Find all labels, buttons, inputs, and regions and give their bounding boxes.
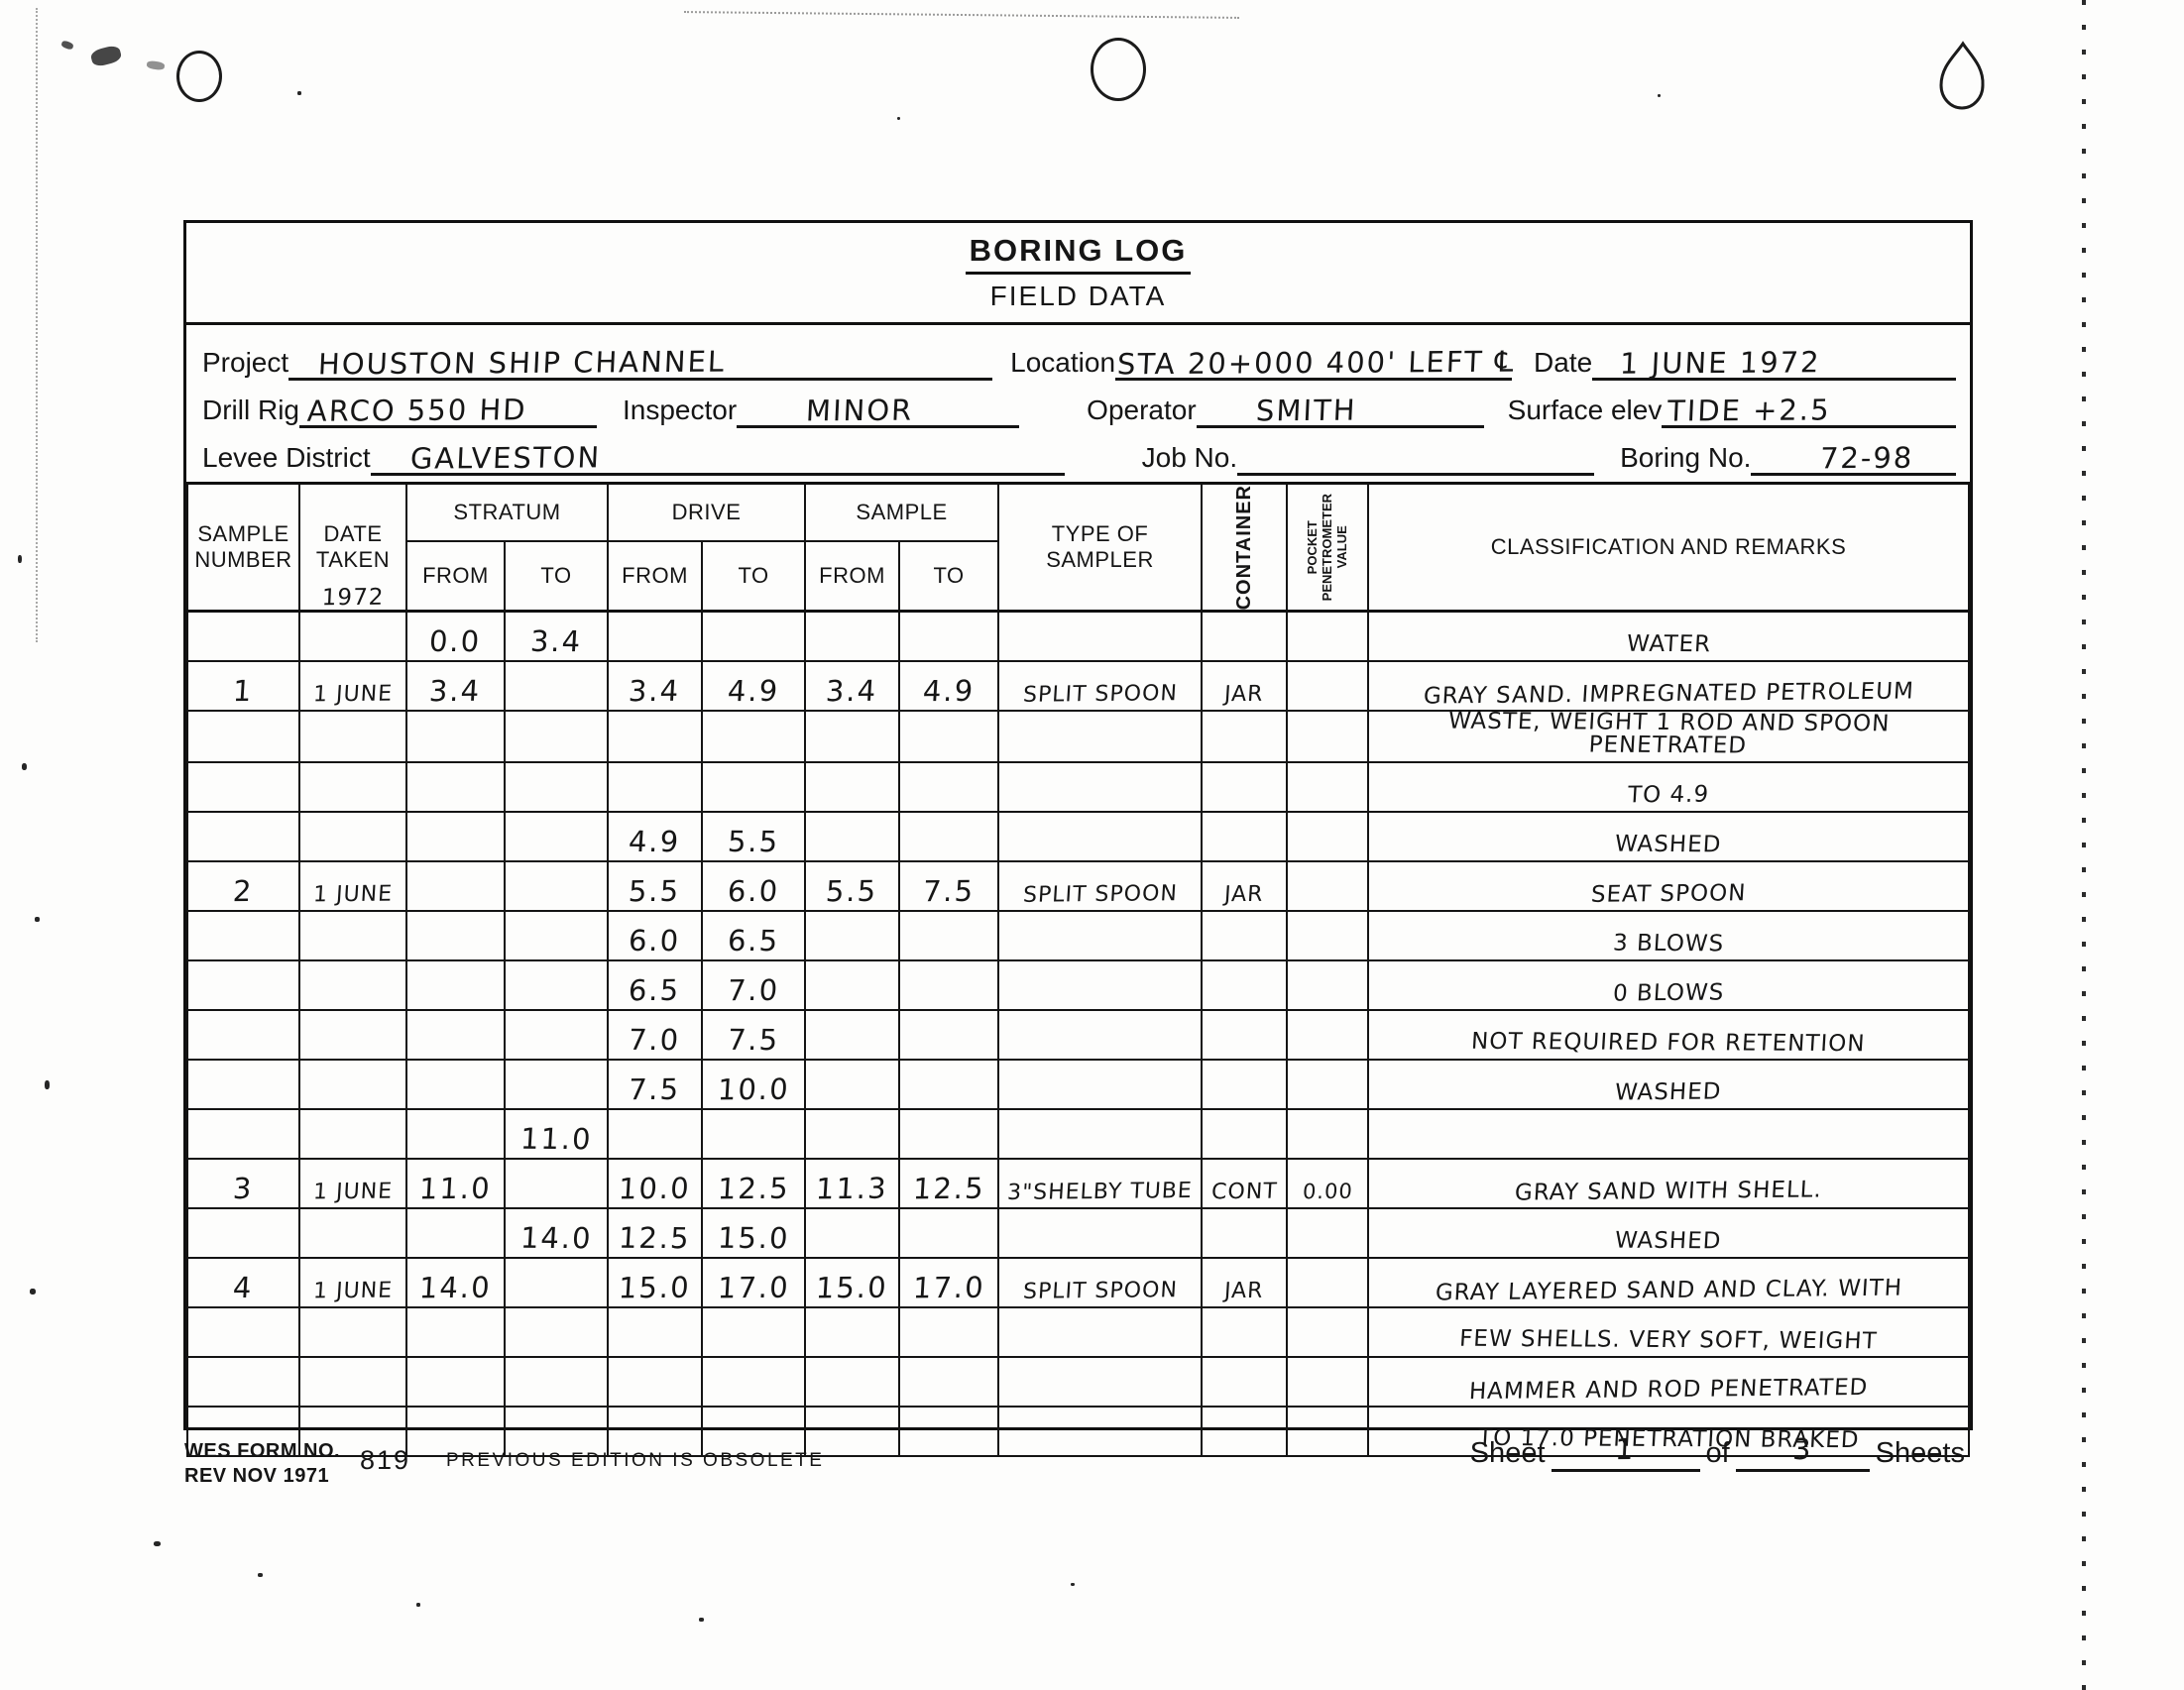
remarks-handwritten: 3 BLOWS (1612, 933, 1724, 957)
inspector-value: MINOR (805, 396, 914, 426)
drive-to-header: TO (702, 541, 805, 612)
cell-sample: 4 (187, 1258, 299, 1307)
stratum-from-handwritten: 3.4 (429, 677, 483, 707)
table-row: 11.0 (187, 1109, 1969, 1159)
col-header-stratum: STRATUM (406, 484, 608, 541)
sheet-number-value: 1 (1615, 1435, 1637, 1464)
scan-speck (18, 555, 22, 563)
cell-drive-from: 6.0 (608, 911, 702, 960)
cell-container: JAR (1202, 861, 1287, 911)
stratum-to-handwritten: 14.0 (519, 1224, 593, 1253)
table-row: 21 JUNE5.56.05.57.5SPLIT SPOONJARSEAT SP… (187, 861, 1969, 911)
cell-stratum-from (406, 1109, 505, 1159)
scanned-page: BORING LOG FIELD DATA Project HOUSTON SH… (0, 0, 2184, 1690)
cell-stratum-to (505, 1307, 608, 1357)
cell-sample (187, 1307, 299, 1357)
date-handwritten: 1 JUNE (312, 883, 393, 906)
cell-sampler (998, 911, 1202, 960)
cell-sample-from (805, 812, 899, 861)
cell-stratum-to (505, 1159, 608, 1208)
stratum-from-header: FROM (406, 541, 505, 612)
date-field: 1 JUNE 1972 (1592, 341, 1956, 381)
cell-date: 1 JUNE (299, 1258, 406, 1307)
cell-sample-to: 4.9 (899, 661, 998, 711)
form-header: BORING LOG FIELD DATA (186, 223, 1970, 325)
cell-container (1202, 1010, 1287, 1060)
cell-drive-to: 15.0 (702, 1208, 805, 1258)
cell-sampler (998, 1407, 1202, 1456)
cell-sample-to (899, 1307, 998, 1357)
table-row: WASTE, WEIGHT 1 ROD AND SPOON PENETRATED (187, 711, 1969, 762)
cell-sample (187, 1060, 299, 1109)
drive-from-handwritten: 12.5 (618, 1224, 691, 1253)
cell-sample (187, 711, 299, 762)
table-row: 6.57.00 BLOWS (187, 960, 1969, 1010)
remarks-handwritten: TO 4.9 (1627, 783, 1709, 807)
cell-sample-from: 5.5 (805, 861, 899, 911)
cell-sampler (998, 711, 1202, 762)
inspector-label: Inspector (623, 394, 737, 428)
cell-pocket (1287, 911, 1368, 960)
date-handwritten: 1 JUNE (312, 1280, 393, 1302)
cell-sample: 1 (187, 661, 299, 711)
cell-stratum-to (505, 1258, 608, 1307)
date-label: Date (1534, 347, 1592, 381)
cell-date (299, 1060, 406, 1109)
col-header-classification: CLASSIFICATION AND REMARKS (1368, 484, 1969, 612)
cell-stratum-to (505, 1407, 608, 1456)
cell-drive-to (702, 711, 805, 762)
cell-remarks: NOT REQUIRED FOR RETENTION (1368, 1010, 1969, 1060)
remarks-handwritten: GRAY SAND WITH SHELL. (1514, 1179, 1822, 1204)
cell-remarks: FEW SHELLS. VERY SOFT, WEIGHT (1368, 1307, 1969, 1357)
cell-date (299, 762, 406, 812)
cell-remarks: 3 BLOWS (1368, 911, 1969, 960)
sheet-number-field: 1 (1552, 1434, 1700, 1472)
cell-remarks: GRAY LAYERED SAND AND CLAY. WITH (1368, 1258, 1969, 1307)
cell-drive-from (608, 762, 702, 812)
drill-rig-value: ARCO 550 HD (306, 395, 527, 426)
scan-speck (45, 1080, 50, 1089)
scan-speck (1071, 1583, 1075, 1586)
sample-handwritten: 4 (232, 1274, 254, 1302)
cell-sampler (998, 1109, 1202, 1159)
cell-sample-to (899, 960, 998, 1010)
levee-district-label: Levee District (202, 442, 371, 476)
scan-speck (154, 1541, 161, 1546)
cell-sample-to (899, 1109, 998, 1159)
cell-remarks: TO 4.9 (1368, 762, 1969, 812)
cell-sample-to: 17.0 (899, 1258, 998, 1307)
cell-pocket (1287, 812, 1368, 861)
stratum-to-handwritten: 11.0 (519, 1125, 593, 1154)
cell-date: 1 JUNE (299, 861, 406, 911)
info-section: Project HOUSTON SHIP CHANNEL Location ST… (186, 325, 1970, 482)
form-number-block: WES FORM NO. REV NOV 1971 (184, 1439, 340, 1489)
cell-stratum-from (406, 711, 505, 762)
cell-drive-to (702, 1407, 805, 1456)
cell-stratum-to: 3.4 (505, 612, 608, 661)
project-field: HOUSTON SHIP CHANNEL (288, 341, 992, 381)
left-scan-edge (36, 8, 38, 642)
cell-sample (187, 762, 299, 812)
cell-stratum-from (406, 1307, 505, 1357)
cell-sampler: 3"SHELBY TUBE (998, 1159, 1202, 1208)
cell-date: 1 JUNE (299, 1159, 406, 1208)
of-label: of (1700, 1437, 1736, 1472)
drive-to-handwritten: 10.0 (717, 1075, 790, 1105)
scan-speck (699, 1618, 704, 1622)
table-row: HAMMER AND ROD PENETRATED (187, 1357, 1969, 1407)
scan-speck (1658, 94, 1661, 97)
cell-drive-from (608, 1357, 702, 1407)
surface-elev-field: TIDE +2.5 (1662, 389, 1956, 428)
cell-sample-from (805, 1010, 899, 1060)
drive-from-header: FROM (608, 541, 702, 612)
cell-container (1202, 762, 1287, 812)
punch-hole-torn-icon (1931, 40, 1991, 113)
cell-container (1202, 1357, 1287, 1407)
cell-sampler (998, 960, 1202, 1010)
sampler-handwritten: SPLIT SPOON (1022, 683, 1178, 707)
container-handwritten: JAR (1224, 1281, 1265, 1302)
scan-speck (258, 1573, 263, 1577)
cell-container (1202, 812, 1287, 861)
cell-drive-to: 6.0 (702, 861, 805, 911)
cell-sample (187, 1109, 299, 1159)
cell-sampler (998, 612, 1202, 661)
cell-drive-from: 6.5 (608, 960, 702, 1010)
stratum-from-handwritten: 14.0 (418, 1274, 492, 1303)
drive-to-handwritten: 6.0 (727, 877, 780, 907)
cell-pocket (1287, 762, 1368, 812)
cell-stratum-to (505, 711, 608, 762)
cell-stratum-to: 11.0 (505, 1109, 608, 1159)
cell-container: CONT (1202, 1159, 1287, 1208)
cell-stratum-to (505, 861, 608, 911)
cell-sample-from: 15.0 (805, 1258, 899, 1307)
drive-from-handwritten: 5.5 (629, 877, 682, 907)
inspector-field: MINOR (737, 389, 1019, 428)
cell-drive-from (608, 711, 702, 762)
pocket-handwritten: 0.00 (1302, 1182, 1353, 1203)
form-no-line2: REV NOV 1971 (184, 1464, 340, 1489)
cell-stratum-to (505, 661, 608, 711)
sampler-handwritten: SPLIT SPOON (1022, 883, 1178, 907)
cell-drive-from (608, 1109, 702, 1159)
cell-stratum-from (406, 812, 505, 861)
sample-from-handwritten: 5.5 (826, 877, 879, 907)
container-handwritten: CONT (1210, 1182, 1278, 1204)
cell-sample-to (899, 762, 998, 812)
table-row: 31 JUNE11.010.012.511.312.53"SHELBY TUBE… (187, 1159, 1969, 1208)
cell-stratum-to (505, 1357, 608, 1407)
remarks-handwritten: 0 BLOWS (1612, 981, 1725, 1005)
container-handwritten: JAR (1224, 684, 1265, 706)
cell-drive-to: 5.5 (702, 812, 805, 861)
scan-speck (89, 45, 122, 68)
cell-drive-from: 7.5 (608, 1060, 702, 1109)
cell-stratum-from: 14.0 (406, 1258, 505, 1307)
sheet-label: Sheet (1464, 1437, 1552, 1472)
cell-drive-to (702, 762, 805, 812)
cell-sampler (998, 1060, 1202, 1109)
cell-stratum-from (406, 911, 505, 960)
remarks-handwritten: SEAT SPOON (1590, 882, 1747, 907)
cell-remarks: WASHED (1368, 1208, 1969, 1258)
remarks-handwritten: GRAY SAND. IMPREGNATED PETROLEUM (1423, 680, 1914, 708)
cell-sample-from: 3.4 (805, 661, 899, 711)
table-body: 0.03.4WATER11 JUNE3.43.44.93.44.9SPLIT S… (187, 612, 1969, 1456)
cell-remarks: WASHED (1368, 812, 1969, 861)
sample-handwritten: 2 (232, 877, 254, 906)
surface-elev-label: Surface elev (1508, 394, 1663, 428)
location-value: STA 20+000 400' LEFT ℄ (1116, 348, 1516, 380)
table-row: FEW SHELLS. VERY SOFT, WEIGHT (187, 1307, 1969, 1357)
cell-container (1202, 1208, 1287, 1258)
cell-pocket (1287, 1010, 1368, 1060)
cell-container (1202, 1407, 1287, 1456)
cell-sampler (998, 1307, 1202, 1357)
stratum-from-handwritten: 11.0 (418, 1175, 492, 1204)
sample-to-handwritten: 17.0 (912, 1274, 985, 1303)
remarks-handwritten: FEW SHELLS. VERY SOFT, WEIGHT (1459, 1328, 1879, 1354)
cell-pocket (1287, 1307, 1368, 1357)
cell-remarks: SEAT SPOON (1368, 861, 1969, 911)
cell-drive-to (702, 612, 805, 661)
page-title: BORING LOG (966, 233, 1192, 275)
cell-drive-from (608, 1307, 702, 1357)
table-row: 41 JUNE14.015.017.015.017.0SPLIT SPOONJA… (187, 1258, 1969, 1307)
cell-date (299, 1109, 406, 1159)
cell-sampler: SPLIT SPOON (998, 1258, 1202, 1307)
cell-sample-to (899, 1060, 998, 1109)
sheets-total-value: 3 (1791, 1435, 1813, 1464)
sheet-counter: Sheet 1 of 3 Sheets (1464, 1434, 1971, 1472)
cell-drive-to (702, 1109, 805, 1159)
info-row-1: Project HOUSTON SHIP CHANNEL Location ST… (202, 335, 1956, 381)
cell-stratum-to (505, 960, 608, 1010)
cell-date: 1 JUNE (299, 661, 406, 711)
cell-container (1202, 612, 1287, 661)
cell-drive-to: 10.0 (702, 1060, 805, 1109)
cell-stratum-from (406, 762, 505, 812)
remarks-handwritten: WASTE, WEIGHT 1 ROD AND SPOON PENETRATED (1368, 710, 1969, 759)
sample-to-handwritten: 12.5 (912, 1175, 985, 1204)
sampler-handwritten: SPLIT SPOON (1022, 1280, 1178, 1303)
sample-to-handwritten: 7.5 (922, 877, 976, 907)
table-row: 7.510.0WASHED (187, 1060, 1969, 1109)
project-value: HOUSTON SHIP CHANNEL (317, 348, 726, 380)
cell-stratum-from (406, 960, 505, 1010)
remarks-handwritten: GRAY LAYERED SAND AND CLAY. WITH (1435, 1277, 1902, 1304)
sample-from-header: FROM (805, 541, 899, 612)
cell-sample-from (805, 911, 899, 960)
drive-from-handwritten: 4.9 (629, 828, 682, 856)
date-handwritten: 1 JUNE (312, 683, 393, 706)
boring-log-form: BORING LOG FIELD DATA Project HOUSTON SH… (183, 220, 1973, 1430)
remarks-handwritten: WATER (1626, 633, 1711, 657)
cell-sample (187, 1010, 299, 1060)
remarks-handwritten: WASHED (1615, 1080, 1723, 1104)
cell-drive-from (608, 612, 702, 661)
obsolete-note: PREVIOUS EDITION IS OBSOLETE (446, 1450, 824, 1472)
drive-from-handwritten: 6.5 (629, 976, 682, 1006)
drive-to-handwritten: 7.0 (727, 976, 780, 1006)
drive-from-handwritten: 3.4 (629, 677, 682, 707)
col-header-pocket-penetrometer: POCKET PENETROMETER VALUE (1287, 484, 1368, 612)
boring-no-field: 72-98 (1751, 436, 1956, 476)
cell-pocket: 0.00 (1287, 1159, 1368, 1208)
cell-stratum-from (406, 1060, 505, 1109)
scan-speck (22, 763, 27, 770)
location-field: STA 20+000 400' LEFT ℄ (1115, 341, 1512, 381)
cell-drive-from: 10.0 (608, 1159, 702, 1208)
cell-date (299, 1307, 406, 1357)
cell-remarks: WASHED (1368, 1060, 1969, 1109)
cell-remarks: 0 BLOWS (1368, 960, 1969, 1010)
drive-from-handwritten: 6.0 (629, 927, 682, 956)
sample-from-handwritten: 11.3 (815, 1175, 888, 1204)
cell-remarks: HAMMER AND ROD PENETRATED (1368, 1357, 1969, 1407)
cell-sample-from (805, 1109, 899, 1159)
punch-hole-icon (1091, 38, 1146, 101)
cell-drive-from: 3.4 (608, 661, 702, 711)
sample-to-handwritten: 4.9 (922, 677, 976, 707)
sample-from-handwritten: 3.4 (826, 677, 879, 707)
cell-drive-to: 17.0 (702, 1258, 805, 1307)
cell-date (299, 960, 406, 1010)
surface-elev-value: TIDE +2.5 (1667, 395, 1832, 425)
cell-container (1202, 1109, 1287, 1159)
cell-drive-from: 5.5 (608, 861, 702, 911)
scan-speck (147, 60, 166, 70)
cell-stratum-from: 3.4 (406, 661, 505, 711)
cell-pocket (1287, 1258, 1368, 1307)
cell-sample-to (899, 911, 998, 960)
remarks-handwritten: WASHED (1615, 834, 1723, 857)
cell-drive-to (702, 1307, 805, 1357)
cell-stratum-from (406, 861, 505, 911)
job-no-field (1237, 436, 1594, 476)
cell-sample-from (805, 1208, 899, 1258)
drive-to-handwritten: 5.5 (727, 828, 780, 856)
col-header-sample: SAMPLE (805, 484, 998, 541)
cell-stratum-to (505, 1060, 608, 1109)
cell-sample (187, 1357, 299, 1407)
cell-sampler: SPLIT SPOON (998, 861, 1202, 911)
cell-container (1202, 1307, 1287, 1357)
col-header-drive: DRIVE (608, 484, 805, 541)
cell-pocket (1287, 960, 1368, 1010)
table-row: TO 4.9 (187, 762, 1969, 812)
cell-sampler (998, 1357, 1202, 1407)
cell-container (1202, 960, 1287, 1010)
cell-sample (187, 612, 299, 661)
form-number: 819 (360, 1445, 410, 1476)
info-row-2: Drill Rig ARCO 550 HD Inspector MINOR Op… (202, 383, 1956, 428)
cell-date (299, 911, 406, 960)
cell-pocket (1287, 1407, 1368, 1456)
remarks-handwritten: HAMMER AND ROD PENETRATED (1468, 1377, 1869, 1404)
cell-sample-to (899, 812, 998, 861)
drive-from-handwritten: 7.5 (629, 1075, 682, 1105)
cell-stratum-to (505, 812, 608, 861)
cell-remarks: WASTE, WEIGHT 1 ROD AND SPOON PENETRATED (1368, 711, 1969, 762)
operator-value: SMITH (1255, 396, 1357, 426)
sheets-label: Sheets (1870, 1437, 1971, 1472)
cell-sample-from (805, 1060, 899, 1109)
drive-from-handwritten: 7.0 (629, 1026, 682, 1055)
cell-sample-to (899, 1010, 998, 1060)
cell-sampler (998, 1010, 1202, 1060)
scan-speck (60, 40, 74, 51)
operator-label: Operator (1087, 394, 1197, 428)
sample-from-handwritten: 15.0 (815, 1274, 888, 1303)
cell-date (299, 1208, 406, 1258)
boring-log-table: SAMPLE NUMBER DATE TAKEN 1972 STRATUM DR… (186, 482, 1970, 1457)
cell-sample (187, 960, 299, 1010)
container-handwritten: JAR (1224, 884, 1265, 906)
cell-remarks: WATER (1368, 612, 1969, 661)
cell-drive-from: 4.9 (608, 812, 702, 861)
cell-sample: 3 (187, 1159, 299, 1208)
cell-sample-to: 12.5 (899, 1159, 998, 1208)
info-row-3: Levee District GALVESTON Job No. Boring … (202, 430, 1956, 476)
remarks-handwritten: WASHED (1615, 1230, 1723, 1254)
page-subtitle: FIELD DATA (990, 281, 1167, 312)
cell-stratum-from (406, 1407, 505, 1456)
form-no-line1: WES FORM NO. (184, 1439, 340, 1464)
sample-handwritten: 3 (232, 1175, 254, 1203)
drive-to-handwritten: 6.5 (727, 927, 780, 956)
table-row: 7.07.5NOT REQUIRED FOR RETENTION (187, 1010, 1969, 1060)
cell-stratum-to: 14.0 (505, 1208, 608, 1258)
cell-sampler: SPLIT SPOON (998, 661, 1202, 711)
sample-to-header: TO (899, 541, 998, 612)
boring-no-value: 72-98 (1820, 444, 1915, 474)
date-taken-year-handwritten: 1972 (299, 587, 405, 611)
cell-stratum-from (406, 1357, 505, 1407)
cell-pocket (1287, 711, 1368, 762)
drill-rig-field: ARCO 550 HD (299, 389, 597, 428)
table-row: 0.03.4WATER (187, 612, 1969, 661)
cell-sample-from (805, 1357, 899, 1407)
cell-sample-from (805, 960, 899, 1010)
drive-to-handwritten: 17.0 (717, 1274, 790, 1303)
cell-drive-to: 6.5 (702, 911, 805, 960)
right-perforation-edge (2082, 0, 2086, 1690)
scan-speck (897, 117, 900, 120)
sampler-handwritten: 3"SHELBY TUBE (1006, 1181, 1193, 1204)
levee-district-field: GALVESTON (371, 436, 1065, 476)
col-header-type-of-sampler: TYPE OF SAMPLER (998, 484, 1202, 612)
cell-sampler (998, 762, 1202, 812)
table-row: 11 JUNE3.43.44.93.44.9SPLIT SPOONJARGRAY… (187, 661, 1969, 711)
drill-rig-label: Drill Rig (202, 394, 299, 428)
table-row: 4.95.5WASHED (187, 812, 1969, 861)
project-label: Project (202, 347, 288, 381)
scan-speck (297, 91, 301, 95)
scan-speck (35, 917, 40, 922)
cell-stratum-to (505, 911, 608, 960)
table-row: 6.06.53 BLOWS (187, 911, 1969, 960)
cell-date (299, 612, 406, 661)
cell-drive-to (702, 1357, 805, 1407)
cell-date (299, 1010, 406, 1060)
cell-drive-to: 12.5 (702, 1159, 805, 1208)
cell-container (1202, 911, 1287, 960)
